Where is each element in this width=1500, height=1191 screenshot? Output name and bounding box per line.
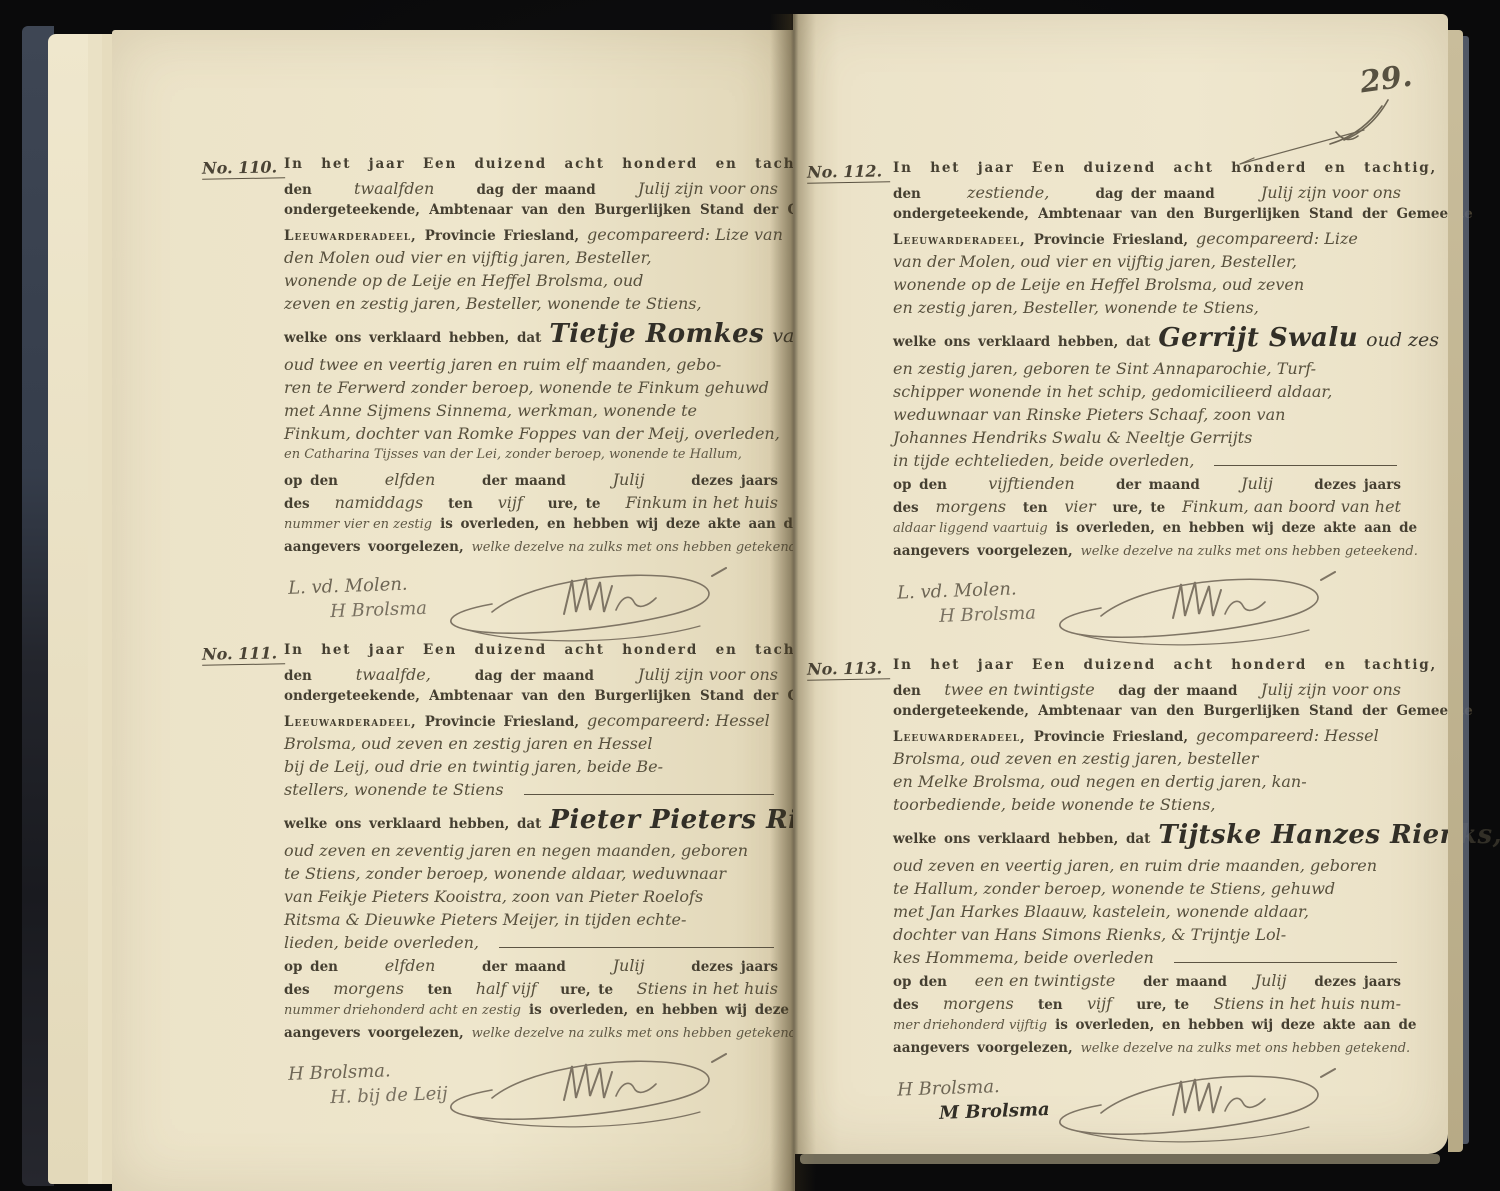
handwritten-text: oud zeven en veertig jaren, en ruim drie… (893, 856, 1377, 875)
record-line: ondergeteekende, Ambtenaar van den Burge… (284, 202, 778, 225)
record-line: toorbediende, beide wonende te Stiens, (893, 795, 1401, 818)
record-line: aangevers voorgelezen,welke dezelve na z… (893, 543, 1401, 566)
record-line: oud zeven en zeventig jaren en negen maa… (284, 841, 778, 864)
blank-line (1174, 961, 1397, 963)
handwritten-text: Stiens in het huis num- (1213, 994, 1401, 1013)
deceased-name: Tietje Romkes (549, 319, 764, 349)
printed-text: welke ons verklaard hebben, dat (284, 330, 541, 346)
record-line: in tijde echtelieden, beide overleden, (893, 451, 1401, 474)
death-record-entry: No. 113.In het jaar Een duizend acht hon… (793, 657, 1448, 1153)
handwritten-text: Julij (1255, 971, 1287, 990)
printed-text: den (893, 683, 921, 699)
printed-text: ondergeteekende, Ambtenaar van den Burge… (893, 703, 1473, 719)
record-line: van Feikje Pieters Kooistra, zoon van Pi… (284, 887, 778, 910)
handwritten-text: van der Molen, oud vier en vijftig jaren… (893, 252, 1297, 271)
handwritten-text: met Anne Sijmens Sinnema, werkman, wonen… (284, 401, 697, 420)
record-line: Leeuwarderadeel,Provincie Friesland,geco… (893, 726, 1401, 749)
handwritten-text: gecompareerd: Hessel (1196, 726, 1379, 745)
handwritten-text: vijftienden (988, 474, 1074, 493)
handwritten-text: elfden (385, 470, 436, 489)
printed-text: aangevers voorgelezen, (893, 543, 1073, 559)
record-line: nummer driehonderd acht en zestigis over… (284, 1002, 778, 1025)
handwritten-text: zeven en zestig jaren, Besteller, wonend… (284, 294, 702, 313)
record-line: welke ons verklaard hebben, datPieter Pi… (284, 805, 778, 840)
handwritten-text: Julij (613, 956, 645, 975)
printed-text: Leeuwarderadeel, (893, 232, 1026, 248)
printed-text: des (284, 496, 310, 512)
page-edge-stack (88, 34, 103, 1184)
record-line: In het jaar Een duizend acht honderd en … (284, 642, 778, 665)
record-text: In het jaar Een duizend acht honderd en … (893, 657, 1401, 1063)
registrar-signature-flourish (1037, 1067, 1347, 1153)
printed-text: dezes jaars (1314, 974, 1401, 990)
record-line: en Catharina Tijsses van der Lei, zonder… (284, 447, 778, 470)
handwritten-text: twaalfde, (356, 665, 431, 684)
record-line: Leeuwarderadeel,Provincie Friesland,geco… (893, 229, 1401, 252)
handwritten-text: toorbediende, beide wonende te Stiens, (893, 795, 1215, 814)
record-line: desmorgenstenvierure, teFinkum, aan boor… (893, 497, 1401, 520)
printed-text: Leeuwarderadeel, (284, 714, 417, 730)
record-line: welke ons verklaard hebben, datTietje Ro… (284, 319, 778, 354)
handwritten-text: en Melke Brolsma, oud negen en dertig ja… (893, 772, 1307, 791)
handwritten-text: vier (1064, 497, 1095, 516)
record-line: desnamiddagstenvijfure, teFinkum in het … (284, 493, 778, 516)
printed-text: ure, te (560, 982, 613, 998)
record-line: schipper wonende in het schip, gedomicil… (893, 382, 1401, 405)
handwritten-text: elfden (385, 956, 436, 975)
record-line: weduwnaar van Rinske Pieters Schaaf, zoo… (893, 405, 1401, 428)
record-line: aldaar liggend vaartuigis overleden, en … (893, 520, 1401, 543)
record-line: ondergeteekende, Ambtenaar van den Burge… (893, 703, 1401, 726)
printed-text: is overleden, en hebben wij deze akte aa… (1056, 520, 1417, 536)
handwritten-text: en zestig jaren, Besteller, wonende te S… (893, 298, 1259, 317)
handwritten-text: welke dezelve na zulks met ons hebben ge… (472, 1026, 802, 1041)
printed-text: ondergeteekende, Ambtenaar van den Burge… (893, 206, 1473, 222)
page-edge-stack (48, 34, 89, 1184)
handwritten-text: en zestig jaren, geboren te Sint Annapar… (893, 359, 1316, 378)
handwritten-text: oud zes (1366, 329, 1439, 351)
printed-text: ten (448, 496, 473, 512)
printed-text: der maand (482, 473, 566, 489)
handwritten-text: Julij zijn voor ons (638, 665, 778, 684)
handwritten-text: twee en twintigste (944, 680, 1094, 699)
printed-text: ten (427, 982, 452, 998)
printed-text: In het jaar Een duizend acht honderd en … (284, 642, 828, 658)
printed-text: des (284, 982, 310, 998)
handwritten-text: wonende op de Leije en Heffel Brolsma, o… (284, 271, 643, 290)
registrar-signature-flourish (428, 1052, 738, 1138)
printed-text: welke ons verklaard hebben, dat (893, 334, 1150, 350)
record-line: van der Molen, oud vier en vijftig jaren… (893, 252, 1401, 275)
record-line: met Anne Sijmens Sinnema, werkman, wonen… (284, 401, 778, 424)
entry-number: No. 112. (807, 161, 890, 183)
printed-text: des (893, 997, 919, 1013)
handwritten-text: vijf (1087, 994, 1112, 1013)
handwritten-text: vijf (498, 493, 523, 512)
handwritten-text: oud zeven en zeventig jaren en negen maa… (284, 841, 748, 860)
book-scan-background: No. 110.In het jaar Een duizend acht hon… (0, 0, 1500, 1191)
handwritten-text: namiddags (335, 493, 424, 512)
signatures-block: L. vd. Molen.H Brolsma (288, 568, 795, 652)
printed-text: aangevers voorgelezen, (284, 539, 464, 555)
record-line: zeven en zestig jaren, Besteller, wonend… (284, 294, 778, 317)
handwritten-text: Stiens in het huis (637, 979, 778, 998)
printed-text: ten (1038, 997, 1063, 1013)
record-line: aangevers voorgelezen,welke dezelve na z… (284, 539, 778, 562)
printed-text: der maand (1143, 974, 1227, 990)
printed-text: ure, te (1136, 997, 1189, 1013)
printed-text: dezes jaars (691, 959, 778, 975)
handwritten-text: schipper wonende in het schip, gedomicil… (893, 382, 1332, 401)
handwritten-text: aldaar liggend vaartuig (893, 521, 1048, 536)
record-line: Leeuwarderadeel,Provincie Friesland,geco… (284, 225, 778, 248)
handwritten-text: morgens (333, 979, 404, 998)
record-line: ondergeteekende, Ambtenaar van den Burge… (284, 688, 778, 711)
handwritten-text: kes Hommema, beide overleden (893, 948, 1154, 967)
record-line: oud twee en veertig jaren en ruim elf ma… (284, 355, 778, 378)
registrar-signature-flourish (1037, 570, 1347, 656)
record-line: op denvijftiendender maandJulijdezes jaa… (893, 474, 1401, 497)
printed-text: dag der maand (1118, 683, 1237, 699)
record-line: en zestig jaren, Besteller, wonende te S… (893, 298, 1401, 321)
blank-line (499, 946, 774, 948)
record-line: Ritsma & Dieuwke Pieters Meijer, in tijd… (284, 910, 778, 933)
record-line: dochter van Hans Simons Rienks, & Trijnt… (893, 925, 1401, 948)
handwritten-text: den Molen oud vier en vijftig jaren, Bes… (284, 248, 652, 267)
record-line: kes Hommema, beide overleden (893, 948, 1401, 971)
record-line: Finkum, dochter van Romke Foppes van der… (284, 424, 778, 447)
record-line: Brolsma, oud zeven en zestig jaren en He… (284, 734, 778, 757)
printed-text: Provincie Friesland, (425, 228, 579, 244)
record-line: lieden, beide overleden, (284, 933, 778, 956)
handwritten-text: nummer driehonderd acht en zestig (284, 1003, 521, 1018)
handwritten-text: Brolsma, oud zeven en zestig jaren en He… (284, 734, 652, 753)
printed-text: dag der maand (475, 668, 594, 684)
handwritten-text: Finkum in het huis (625, 493, 778, 512)
printed-text: welke ons verklaard hebben, dat (893, 831, 1150, 847)
handwritten-text: Julij (1241, 474, 1273, 493)
record-line: stellers, wonende te Stiens (284, 780, 778, 803)
paraph-mark (1232, 92, 1422, 172)
record-line: op denelfdender maandJulijdezes jaars (284, 956, 778, 979)
record-text: In het jaar Een duizend acht honderd en … (284, 156, 778, 562)
record-line: dentwaalfdendag der maandJulij zijn voor… (284, 179, 778, 202)
handwritten-text: Julij zijn voor ons (638, 179, 778, 198)
registrar-signature-flourish (428, 566, 738, 652)
record-line: en Melke Brolsma, oud negen en dertig ja… (893, 772, 1401, 795)
handwritten-text: dochter van Hans Simons Rienks, & Trijnt… (893, 925, 1286, 944)
handwritten-text: half vijf (476, 979, 537, 998)
handwritten-text: Julij zijn voor ons (1261, 680, 1401, 699)
record-line: den Molen oud vier en vijftig jaren, Bes… (284, 248, 778, 271)
printed-text: op den (284, 473, 338, 489)
handwritten-text: met Jan Harkes Blaauw, kastelein, wonend… (893, 902, 1309, 921)
handwritten-text: stellers, wonende te Stiens (284, 780, 504, 799)
handwritten-text: bij de Leij, oud drie en twintig jaren, … (284, 757, 663, 776)
record-line: welke ons verklaard hebben, datGerrijt S… (893, 323, 1401, 358)
record-line: oud zeven en veertig jaren, en ruim drie… (893, 856, 1401, 879)
record-line: welke ons verklaard hebben, datTijtske H… (893, 820, 1401, 855)
printed-text: In het jaar Een duizend acht honderd en … (893, 657, 1437, 673)
handwritten-text: Finkum, dochter van Romke Foppes van der… (284, 424, 780, 443)
handwritten-text: in tijde echtelieden, beide overleden, (893, 451, 1194, 470)
page-edge-stack-right (1448, 30, 1463, 1152)
folio-number-block: 29. (1318, 62, 1478, 172)
printed-text: den (893, 186, 921, 202)
handwritten-text: Julij zijn voor ons (1261, 183, 1401, 202)
printed-text: den (284, 182, 312, 198)
record-text: In het jaar Een duizend acht honderd en … (893, 160, 1401, 566)
printed-text: des (893, 500, 919, 516)
handwritten-text: Ritsma & Dieuwke Pieters Meijer, in tijd… (284, 910, 686, 929)
record-line: met Jan Harkes Blaauw, kastelein, wonend… (893, 902, 1401, 925)
printed-text: aangevers voorgelezen, (284, 1025, 464, 1041)
handwritten-text: en Catharina Tijsses van der Lei, zonder… (284, 447, 742, 462)
handwritten-text: een en twintigste (975, 971, 1116, 990)
handwritten-text: gecompareerd: Lize (1196, 229, 1358, 248)
printed-text: Provincie Friesland, (1034, 729, 1188, 745)
printed-text: ure, te (1112, 500, 1165, 516)
page-edge-bottom (800, 1154, 1440, 1164)
page-edge-stack-right-blue (1463, 36, 1469, 1144)
handwritten-text: weduwnaar van Rinske Pieters Schaaf, zoo… (893, 405, 1285, 424)
handwritten-text: gecompareerd: Hessel (587, 711, 770, 730)
handwritten-text: mer driehonderd vijftig (893, 1018, 1047, 1033)
handwritten-text: morgens (943, 994, 1014, 1013)
death-record-entry: No. 110.In het jaar Een duizend acht hon… (112, 156, 795, 652)
handwritten-text: welke dezelve na zulks met ons hebben ge… (1081, 1041, 1411, 1056)
printed-text: aangevers voorgelezen, (893, 1040, 1073, 1056)
entry-number: No. 113. (807, 658, 890, 680)
right-page: No. 112.In het jaar Een duizend acht hon… (793, 14, 1448, 1154)
handwritten-text: Finkum, aan boord van het (1182, 497, 1401, 516)
record-line: In het jaar Een duizend acht honderd en … (284, 156, 778, 179)
printed-text: is overleden, en hebben wij deze akte aa… (1055, 1017, 1416, 1033)
handwritten-text: te Hallum, zonder beroep, wonende te Sti… (893, 879, 1335, 898)
printed-text: Provincie Friesland, (1034, 232, 1188, 248)
record-line: aangevers voorgelezen,welke dezelve na z… (893, 1040, 1401, 1063)
handwritten-text: lieden, beide overleden, (284, 933, 479, 952)
handwritten-text: zestiende, (967, 183, 1049, 202)
printed-text: dezes jaars (691, 473, 778, 489)
handwritten-text: te Stiens, zonder beroep, wonende aldaar… (284, 864, 726, 883)
record-line: nummer vier en zestigis overleden, en he… (284, 516, 778, 539)
handwritten-text: gecompareerd: Lize van (587, 225, 783, 244)
record-line: desmorgenstenvijfure, teStiens in het hu… (893, 994, 1401, 1017)
handwritten-text: welke dezelve na zulks met ons hebben ge… (472, 540, 802, 555)
printed-text: op den (284, 959, 338, 975)
record-line: te Hallum, zonder beroep, wonende te Sti… (893, 879, 1401, 902)
left-page: No. 110.In het jaar Een duizend acht hon… (112, 30, 795, 1191)
signatures-block: L. vd. Molen.H Brolsma (897, 572, 1448, 656)
blank-line (524, 793, 774, 795)
record-line: te Stiens, zonder beroep, wonende aldaar… (284, 864, 778, 887)
book-gutter-shadow (770, 14, 816, 1191)
record-line: ren te Ferwerd zonder beroep, wonende te… (284, 378, 778, 401)
entry-number: No. 111. (202, 643, 285, 665)
record-line: bij de Leij, oud drie en twintig jaren, … (284, 757, 778, 780)
printed-text: ten (1023, 500, 1048, 516)
printed-text: dag der maand (1095, 186, 1214, 202)
record-line: denzestiende,dag der maandJulij zijn voo… (893, 183, 1401, 206)
record-line: In het jaar Een duizend acht honderd en … (893, 657, 1401, 680)
printed-text: welke ons verklaard hebben, dat (284, 816, 541, 832)
printed-text: op den (893, 477, 947, 493)
printed-text: is overleden, en hebben wij deze akte aa… (440, 516, 801, 532)
printed-text: op den (893, 974, 947, 990)
record-line: Brolsma, oud zeven en zestig jaren, best… (893, 749, 1401, 772)
handwritten-text: wonende op de Leije en Heffel Brolsma, o… (893, 275, 1304, 294)
record-line: desmorgenstenhalf vijfure, teStiens in h… (284, 979, 778, 1002)
record-line: dentwaalfde,dag der maandJulij zijn voor… (284, 665, 778, 688)
record-line: dentwee en twintigstedag der maandJulij … (893, 680, 1401, 703)
handwritten-text: Johannes Hendriks Swalu & Neeltje Gerrij… (893, 428, 1252, 447)
record-line: op deneen en twintigsteder maandJulijdez… (893, 971, 1401, 994)
record-line: Leeuwarderadeel,Provincie Friesland,geco… (284, 711, 778, 734)
record-line: aangevers voorgelezen,welke dezelve na z… (284, 1025, 778, 1048)
blank-line (1214, 464, 1397, 466)
death-record-entry: No. 112.In het jaar Een duizend acht hon… (793, 160, 1448, 656)
handwritten-text: morgens (935, 497, 1006, 516)
entry-number: No. 110. (202, 157, 285, 179)
record-text: In het jaar Een duizend acht honderd en … (284, 642, 778, 1048)
printed-text: Leeuwarderadeel, (284, 228, 417, 244)
signatures-block: H Brolsma.M Brolsma (897, 1069, 1448, 1153)
handwritten-text: Julij (613, 470, 645, 489)
record-line: wonende op de Leije en Heffel Brolsma, o… (284, 271, 778, 294)
printed-text: der maand (482, 959, 566, 975)
record-line: Johannes Hendriks Swalu & Neeltje Gerrij… (893, 428, 1401, 451)
handwritten-text: Brolsma, oud zeven en zestig jaren, best… (893, 749, 1258, 768)
handwritten-text: van Feikje Pieters Kooistra, zoon van Pi… (284, 887, 703, 906)
record-line: op denelfdender maandJulijdezes jaars (284, 470, 778, 493)
printed-text: Provincie Friesland, (425, 714, 579, 730)
handwritten-text: nummer vier en zestig (284, 517, 432, 532)
deceased-name: Gerrijt Swalu (1158, 323, 1358, 353)
handwritten-text: oud twee en veertig jaren en ruim elf ma… (284, 355, 721, 374)
signatures-block: H Brolsma.H. bij de Leij (288, 1054, 795, 1138)
printed-text: ure, te (548, 496, 601, 512)
handwritten-text: welke dezelve na zulks met ons hebben ge… (1081, 544, 1418, 559)
printed-text: dezes jaars (1314, 477, 1401, 493)
printed-text: In het jaar Een duizend acht honderd en … (284, 156, 828, 172)
handwritten-text: twaalfden (354, 179, 434, 198)
record-line: mer driehonderd vijftigis overleden, en … (893, 1017, 1401, 1040)
printed-text: dag der maand (476, 182, 595, 198)
record-line: en zestig jaren, geboren te Sint Annapar… (893, 359, 1401, 382)
printed-text: der maand (1116, 477, 1200, 493)
death-record-entry: No. 111.In het jaar Een duizend acht hon… (112, 642, 795, 1138)
record-line: wonende op de Leije en Heffel Brolsma, o… (893, 275, 1401, 298)
handwritten-text: ren te Ferwerd zonder beroep, wonende te… (284, 378, 769, 397)
printed-text: den (284, 668, 312, 684)
printed-text: Leeuwarderadeel, (893, 729, 1026, 745)
record-line: ondergeteekende, Ambtenaar van den Burge… (893, 206, 1401, 229)
